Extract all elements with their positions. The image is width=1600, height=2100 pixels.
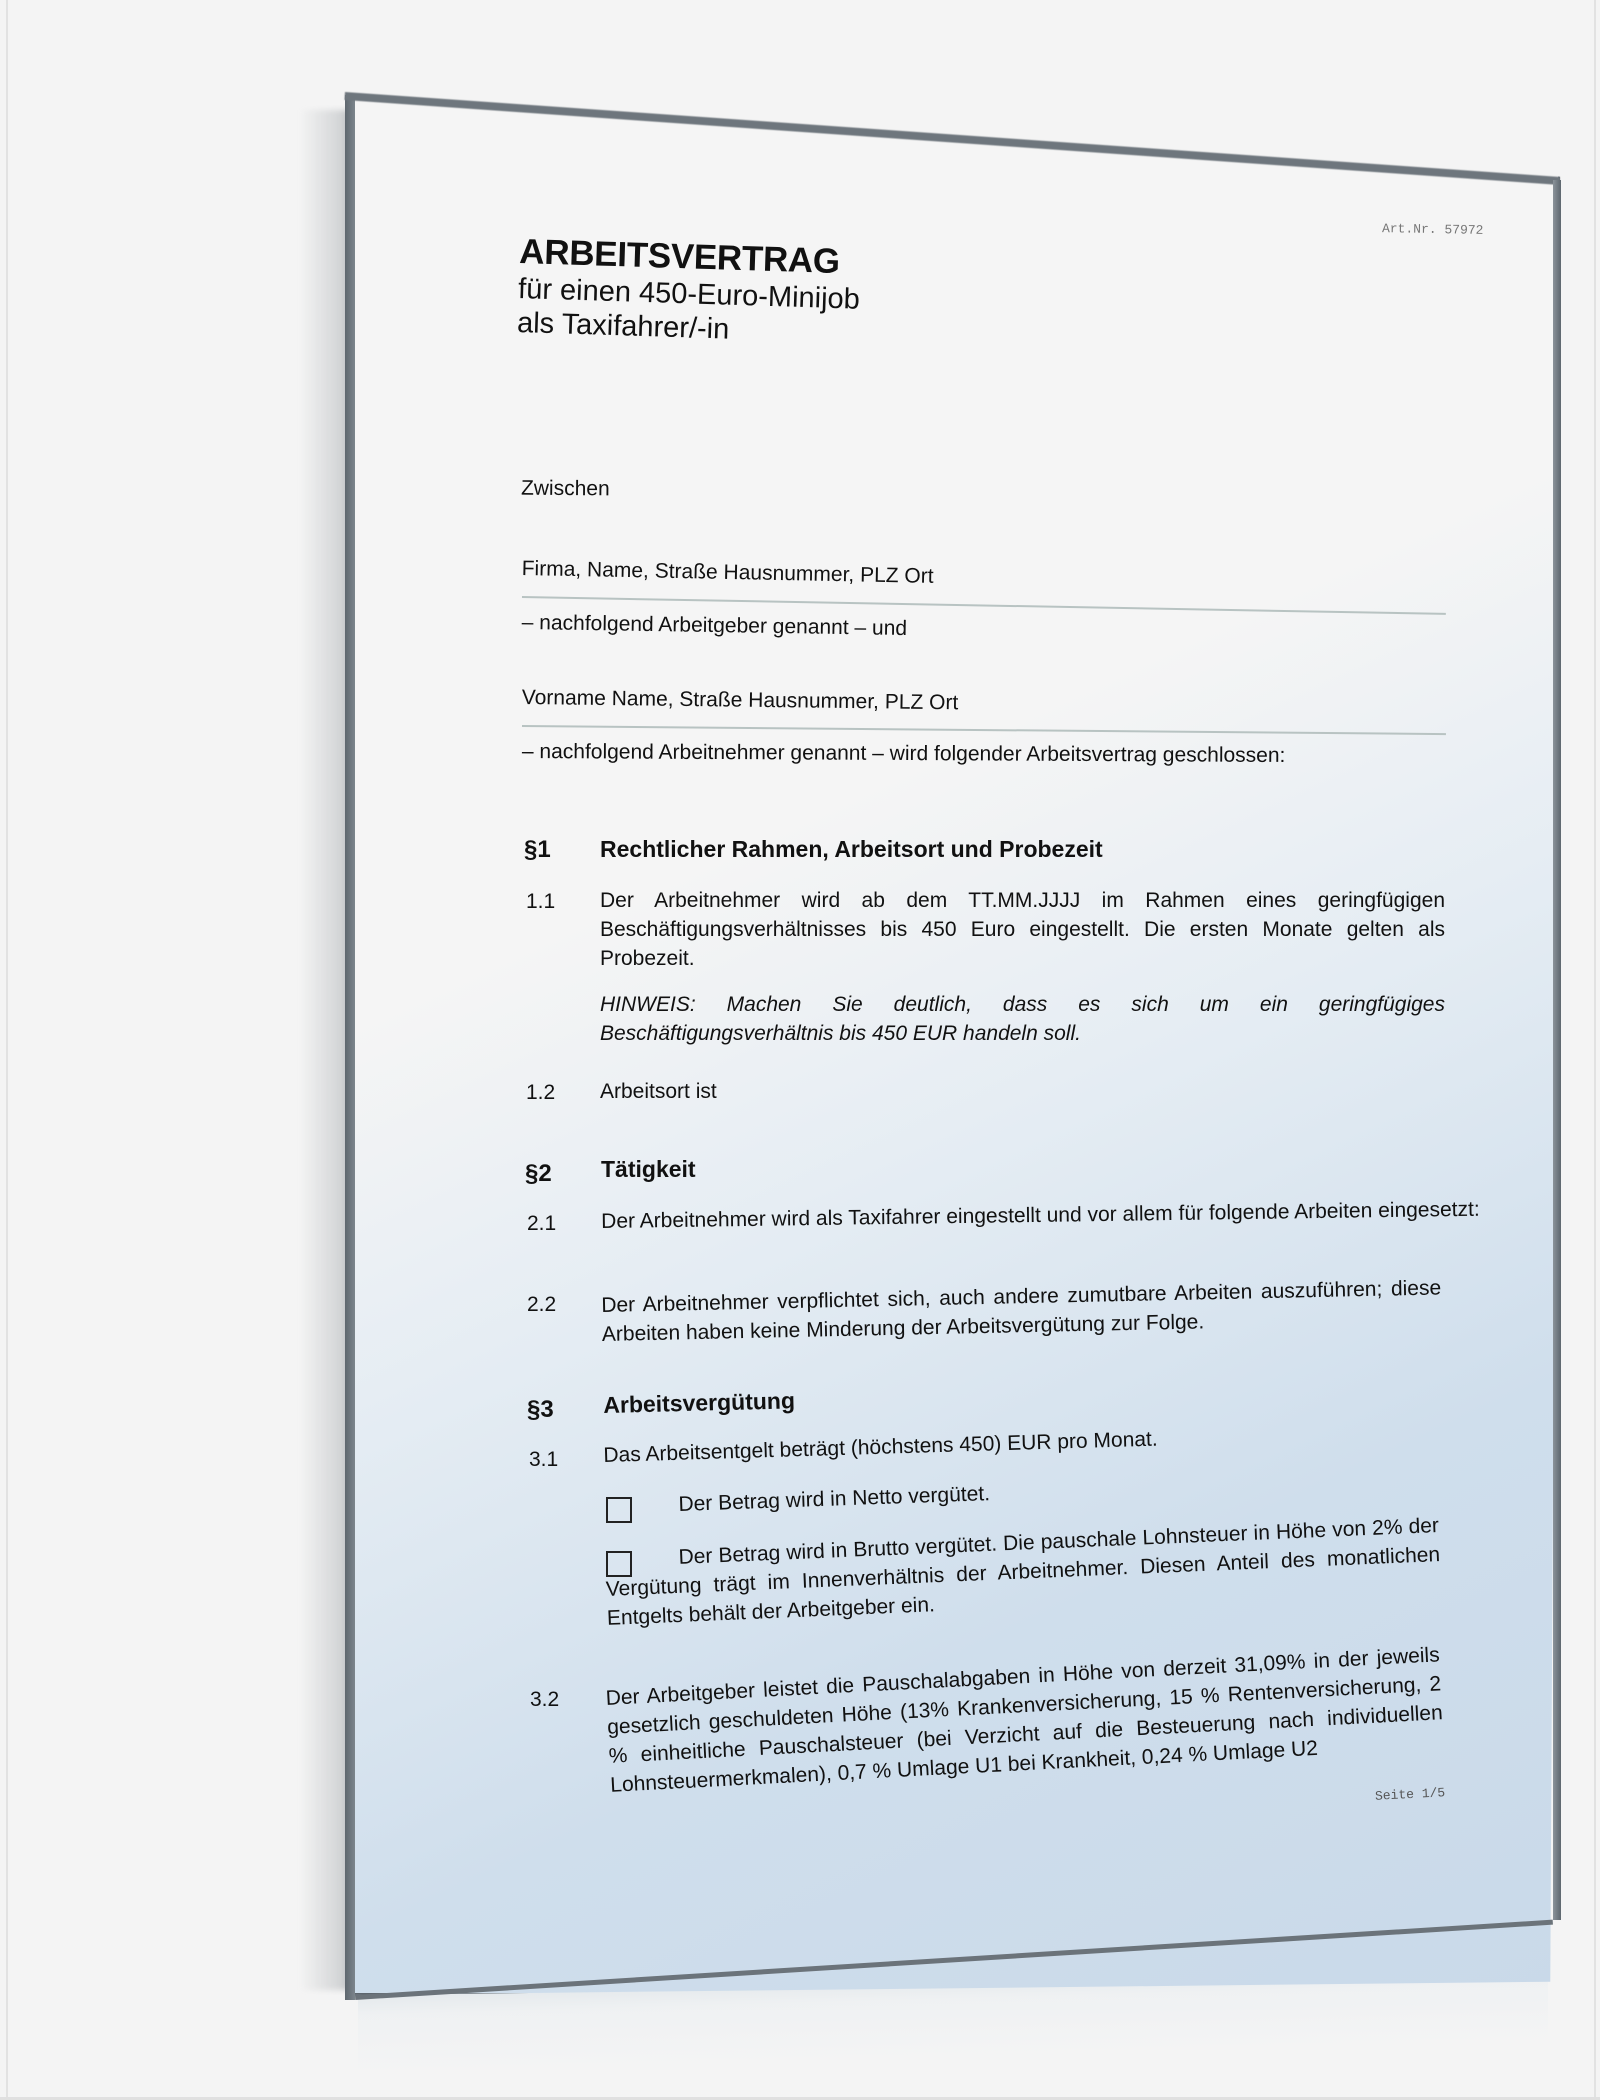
employee-signature-line bbox=[522, 725, 1446, 735]
document-title-block: ARBEITSVERTRAG für einen 450-Euro-Minijo… bbox=[517, 232, 862, 351]
clause-2-1-number: 2.1 bbox=[527, 1212, 556, 1236]
section-3-number: §3 bbox=[527, 1396, 554, 1424]
article-number: Art.Nr. 57972 bbox=[1382, 221, 1484, 238]
employee-field[interactable]: Vorname Name, Straße Hausnummer, PLZ Ort bbox=[522, 683, 959, 717]
brutto-option-label: Der Betrag wird in Brutto vergütet. Die … bbox=[604, 1511, 1442, 1633]
employer-field[interactable]: Firma, Name, Straße Hausnummer, PLZ Ort bbox=[521, 554, 933, 591]
employee-suffix: – nachfolgend Arbeitnehmer genannt – wir… bbox=[522, 737, 1286, 770]
clause-1-1-number: 1.1 bbox=[526, 890, 555, 914]
clause-2-2-number: 2.2 bbox=[527, 1293, 556, 1317]
employer-suffix: – nachfolgend Arbeitgeber genannt – und bbox=[522, 608, 908, 643]
section-2-number: §2 bbox=[525, 1160, 552, 1188]
page-indicator: Seite 1/5 bbox=[1375, 1785, 1446, 1804]
clause-3-1-text: Das Arbeitsentgelt beträgt (höchstens 45… bbox=[603, 1416, 1448, 1470]
clause-3-2-number: 3.2 bbox=[530, 1688, 559, 1712]
clause-1-2-text: Arbeitsort ist bbox=[600, 1077, 1445, 1106]
clause-2-1-text: Der Arbeitnehmer wird als Taxifahrer ein… bbox=[601, 1195, 1446, 1236]
parties-intro: Zwischen bbox=[521, 474, 610, 504]
section-1-number: §1 bbox=[524, 836, 551, 864]
clause-1-2-number: 1.2 bbox=[526, 1081, 555, 1105]
section-1-title: Rechtlicher Rahmen, Arbeitsort und Probe… bbox=[600, 836, 1103, 863]
netto-option-label: Der Betrag wird in Netto vergütet. bbox=[678, 1466, 1379, 1519]
section-3-title: Arbeitsvergütung bbox=[603, 1387, 795, 1419]
document-content: Art.Nr. 57972 ARBEITSVERTRAG für einen 4… bbox=[0, 0, 1600, 2100]
clause-2-2-text: Der Arbeitnehmer verpflichtet sich, auch… bbox=[601, 1273, 1442, 1349]
clause-3-2-text: Der Arbeitgeber leistet die Pauschalabga… bbox=[605, 1640, 1445, 1800]
netto-checkbox[interactable] bbox=[606, 1497, 632, 1523]
clause-1-1-text: Der Arbeitnehmer wird ab dem TT.MM.JJJJ … bbox=[600, 886, 1445, 973]
clause-3-1-number: 3.1 bbox=[529, 1448, 558, 1472]
clause-1-1-note: HINWEIS: Machen Sie deutlich, dass es si… bbox=[600, 990, 1445, 1048]
section-2-title: Tätigkeit bbox=[601, 1156, 696, 1183]
